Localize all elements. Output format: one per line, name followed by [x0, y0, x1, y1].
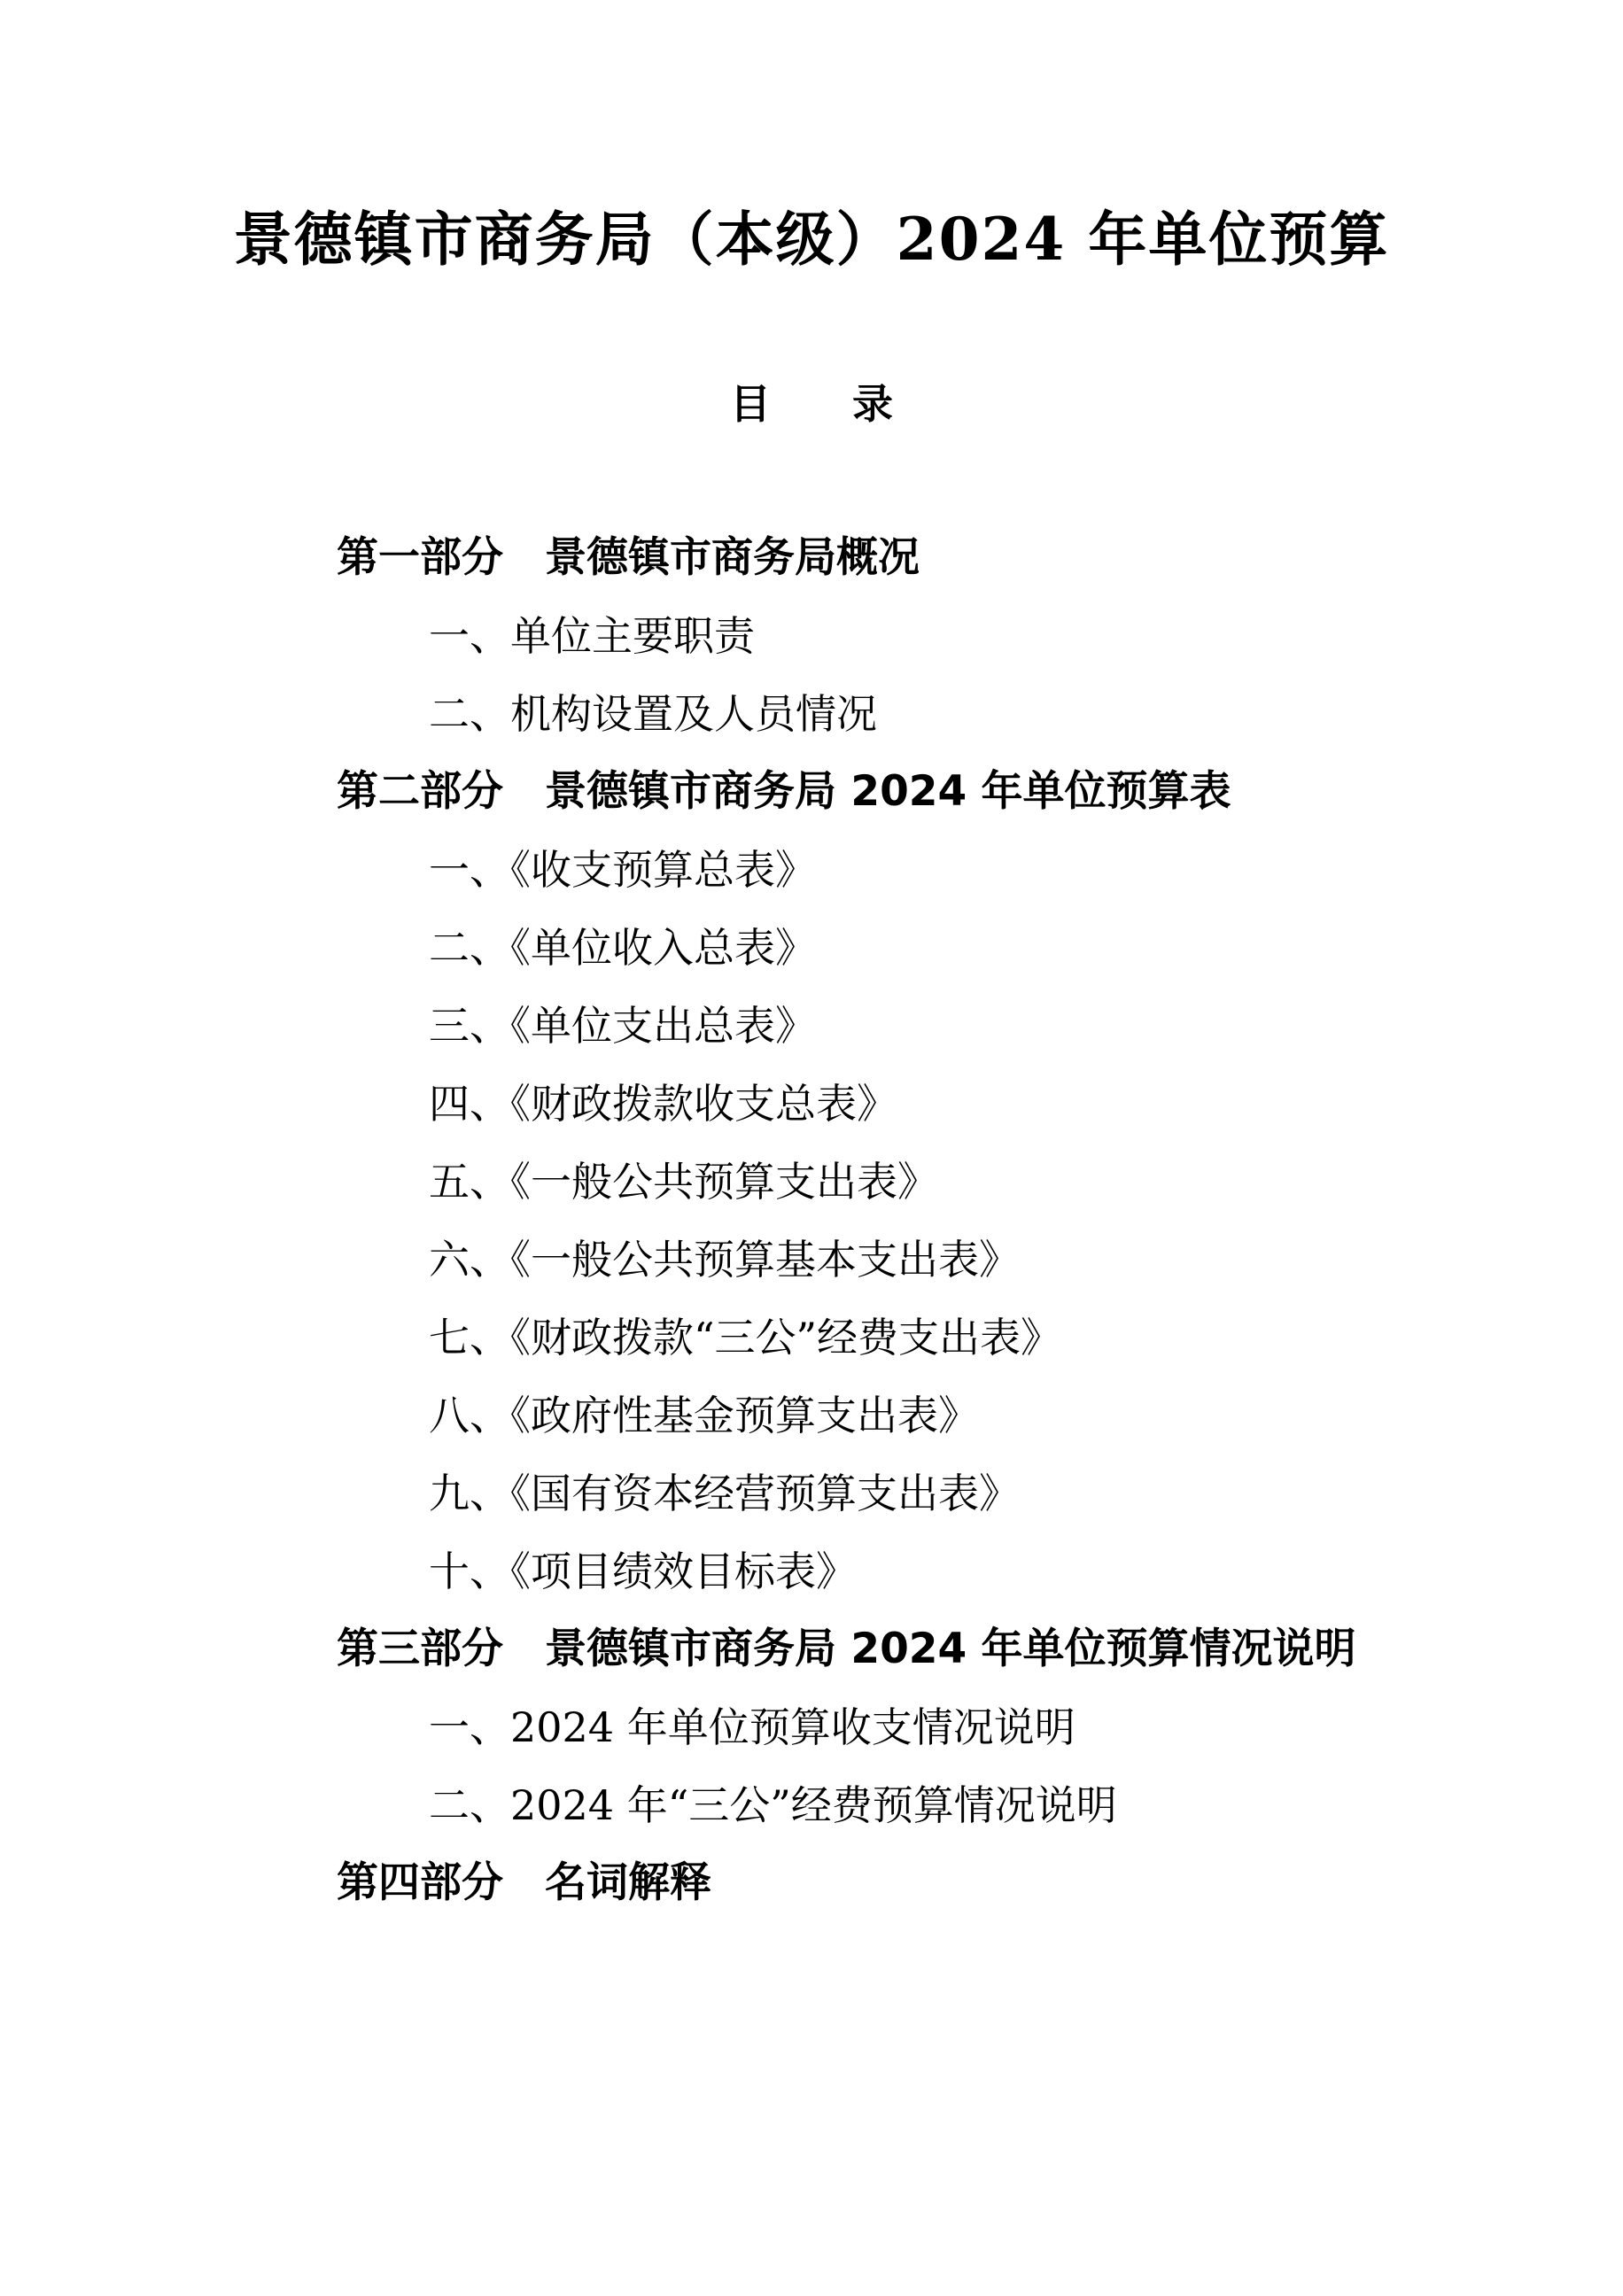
toc-section-3-heading: 第三部分 景德镇市商务局 2024 年单位预算情况说明 [0, 1610, 1623, 1688]
toc-section-1-item-2: 二、机构设置及人员情况 [0, 675, 1623, 753]
toc-section-1-item-1: 一、单位主要职责 [0, 597, 1623, 675]
toc-section-2-heading: 第二部分 景德镇市商务局 2024 年单位预算表 [0, 753, 1623, 831]
toc-section-2-item-10: 十、《项目绩效目标表》 [0, 1532, 1623, 1610]
toc-section-2-item-2: 二、《单位收入总表》 [0, 909, 1623, 987]
toc-section-2-item-1: 一、《收支预算总表》 [0, 831, 1623, 909]
toc-section-2-item-5: 五、《一般公共预算支出表》 [0, 1143, 1623, 1221]
toc-section-2-item-3: 三、《单位支出总表》 [0, 987, 1623, 1065]
toc-section-1-heading: 第一部分 景德镇市商务局概况 [0, 519, 1623, 597]
toc-section-2-item-7: 七、《财政拨款“三公”经费支出表》 [0, 1299, 1623, 1377]
toc-section-3-item-2: 二、2024 年“三公”经费预算情况说明 [0, 1766, 1623, 1844]
toc-section-4-heading: 第四部分 名词解释 [0, 1844, 1623, 1922]
toc-section-2-item-4: 四、《财政拨款收支总表》 [0, 1065, 1623, 1143]
toc-section-2-item-9: 九、《国有资本经营预算支出表》 [0, 1454, 1623, 1532]
toc-title: 目 录 [0, 381, 1623, 427]
document-title: 景德镇市商务局（本级）2024 年单位预算 [0, 0, 1623, 273]
toc: 第一部分 景德镇市商务局概况一、单位主要职责二、机构设置及人员情况第二部分 景德… [0, 519, 1623, 1922]
toc-section-3-item-1: 一、2024 年单位预算收支情况说明 [0, 1688, 1623, 1766]
budget-document-page: 景德镇市商务局（本级）2024 年单位预算 目 录 第一部分 景德镇市商务局概况… [0, 0, 1623, 2296]
toc-section-2-item-8: 八、《政府性基金预算支出表》 [0, 1377, 1623, 1454]
toc-section-2-item-6: 六、《一般公共预算基本支出表》 [0, 1221, 1623, 1299]
